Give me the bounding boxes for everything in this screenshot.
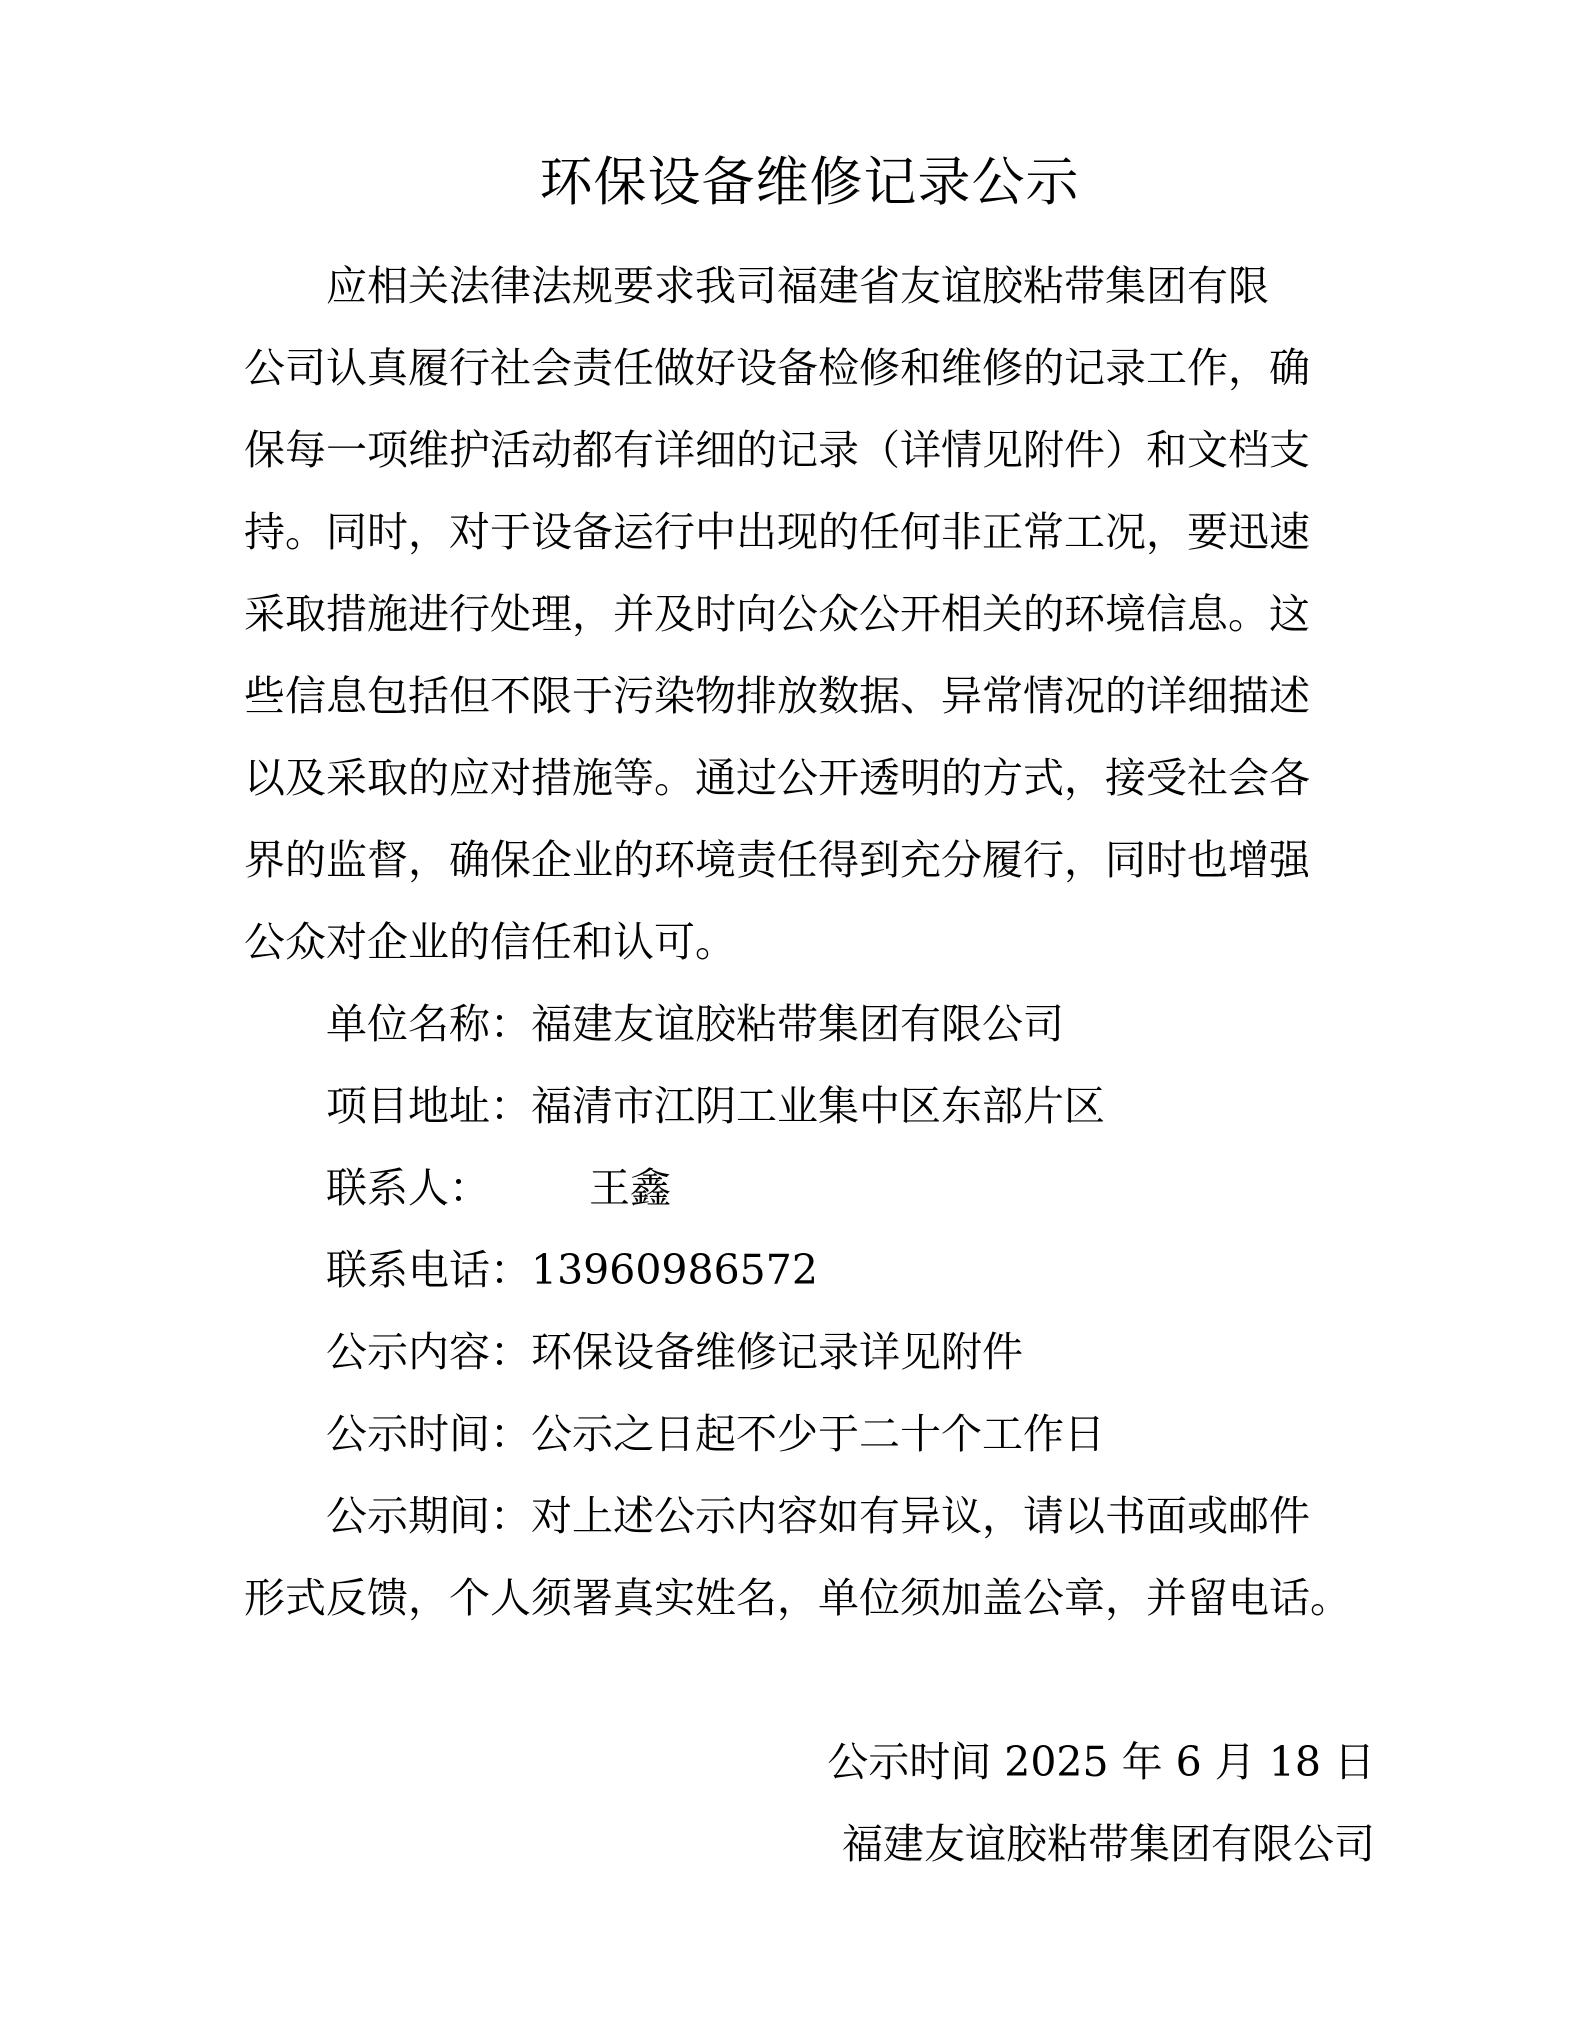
- body-line: 以及采取的应对措施等。通过公开透明的方式，接受社会各: [244, 737, 1375, 819]
- body-line: 保每一项维护活动都有详细的记录（详情见附件）和文档支: [244, 409, 1375, 491]
- document-page: 环保设备维修记录公示 应相关法律法规要求我司福建省友谊胶粘带集团有限 公司认真履…: [0, 0, 1587, 2028]
- field-value: 公示之日起不少于二十个工作日: [531, 1410, 1105, 1458]
- field-row-unit-name: 单位名称：福建友谊胶粘带集团有限公司: [244, 983, 1375, 1065]
- field-row-project-address: 项目地址：福清市江阴工业集中区东部片区: [244, 1065, 1375, 1147]
- signature-date: 公示时间 2025 年 6 月 18 日: [244, 1721, 1375, 1803]
- document-title: 环保设备维修记录公示: [244, 138, 1375, 228]
- main-paragraph: 应相关法律法规要求我司福建省友谊胶粘带集团有限 公司认真履行社会责任做好设备检修…: [244, 245, 1375, 983]
- notice-line: 形式反馈，个人须署真实姓名，单位须加盖公章，并留电话。: [244, 1557, 1375, 1639]
- body-line: 采取措施进行处理，并及时向公众公开相关的环境信息。这: [244, 573, 1375, 655]
- body-line: 应相关法律法规要求我司福建省友谊胶粘带集团有限: [244, 245, 1375, 327]
- notice-line: 公示期间：对上述公示内容如有异议，请以书面或邮件: [244, 1475, 1375, 1557]
- field-label: 公示内容：: [326, 1328, 531, 1376]
- document-content: 环保设备维修记录公示 应相关法律法规要求我司福建省友谊胶粘带集团有限 公司认真履…: [0, 0, 1587, 1885]
- field-label: 项目地址：: [326, 1082, 531, 1130]
- feedback-paragraph: 公示期间：对上述公示内容如有异议，请以书面或邮件 形式反馈，个人须署真实姓名，单…: [244, 1475, 1375, 1639]
- field-row-contact-phone: 联系电话：13960986572: [244, 1229, 1375, 1311]
- body-line: 公众对企业的信任和认可。: [244, 901, 1375, 983]
- field-row-notice-content: 公示内容：环保设备维修记录详见附件: [244, 1311, 1375, 1393]
- field-label: 公示时间：: [326, 1410, 531, 1458]
- signature-company: 福建友谊胶粘带集团有限公司: [244, 1803, 1375, 1885]
- body-line: 些信息包括但不限于污染物排放数据、异常情况的详细描述: [244, 655, 1375, 737]
- field-label: 联系人：: [326, 1164, 490, 1212]
- field-value: 环保设备维修记录详见附件: [531, 1328, 1023, 1376]
- field-row-notice-period: 公示时间：公示之日起不少于二十个工作日: [244, 1393, 1375, 1475]
- body-line: 公司认真履行社会责任做好设备检修和维修的记录工作，确: [244, 327, 1375, 409]
- field-label: 单位名称：: [326, 1000, 531, 1048]
- field-value: 王鑫: [589, 1164, 671, 1212]
- body-line: 持。同时，对于设备运行中出现的任何非正常工况，要迅速: [244, 491, 1375, 573]
- field-value: 福建友谊胶粘带集团有限公司: [531, 1000, 1064, 1048]
- signature-block: 公示时间 2025 年 6 月 18 日 福建友谊胶粘带集团有限公司: [244, 1721, 1375, 1885]
- field-row-contact-person: 联系人：王鑫: [244, 1147, 1375, 1229]
- field-value: 13960986572: [531, 1246, 818, 1294]
- body-line: 界的监督，确保企业的环境责任得到充分履行，同时也增强: [244, 819, 1375, 901]
- field-value: 福清市江阴工业集中区东部片区: [531, 1082, 1105, 1130]
- field-label: 联系电话：: [326, 1246, 531, 1294]
- info-fields: 单位名称：福建友谊胶粘带集团有限公司 项目地址：福清市江阴工业集中区东部片区 联…: [244, 983, 1375, 1475]
